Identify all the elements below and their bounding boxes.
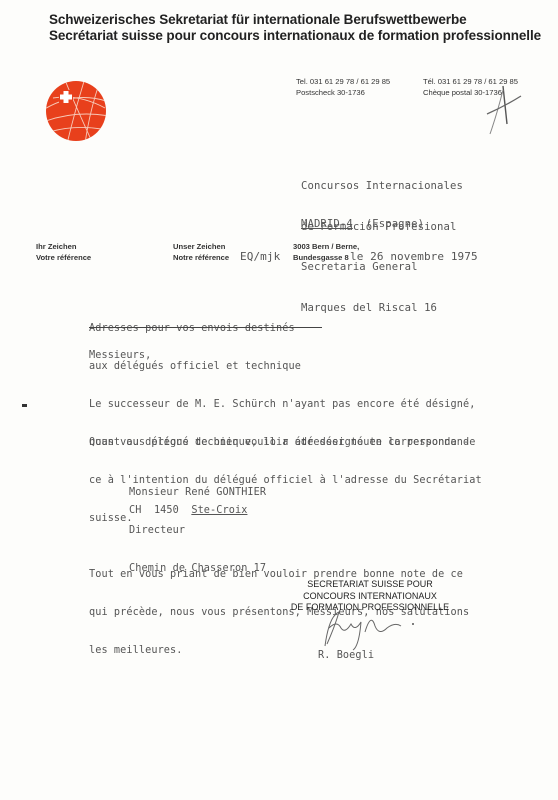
our-ref-label-fr: Notre référence <box>173 252 229 263</box>
delegate-country-code: CH <box>129 505 141 516</box>
recipient-line: Concursos Internacionales <box>301 180 463 194</box>
contact-de-postal: Postscheck 30-1736 <box>296 87 390 98</box>
paragraph-1-line: Le successeur de M. E. Schürch n'ayant p… <box>89 399 482 412</box>
signature-org-line: CONCOURS INTERNATIONAUX <box>270 591 470 603</box>
handwritten-signature-icon <box>315 606 435 656</box>
subject-line2: aux délégués officiel et technique <box>89 361 301 374</box>
delegate-title: Directeur <box>129 525 266 538</box>
signer-name: R. Boegli <box>318 650 374 663</box>
letterhead-title-de: Schweizerisches Sekretariat für internat… <box>49 12 467 28</box>
recipient-city-line: MADRID-4 (Espagne) <box>301 218 424 232</box>
your-reference: Ihr Zeichen Votre référence <box>36 241 91 263</box>
subject: Adresses pour vos envois destinés aux dé… <box>89 298 301 386</box>
delegate-postcode: 1450 <box>154 505 179 516</box>
delegate-city: Ste-Croix <box>191 505 247 516</box>
letterhead-title-fr: Secrétariat suisse pour concours interna… <box>49 28 541 44</box>
delegate-city-line: CH 1450 Ste-Croix <box>129 505 247 518</box>
recipient-city: MADRID-4 <box>301 218 353 230</box>
paragraph-2: Quant au délégué technique, il a été dés… <box>89 437 475 450</box>
your-ref-label-fr: Votre référence <box>36 252 91 263</box>
contact-de: Tel. 031 61 29 78 / 61 29 85 Postscheck … <box>296 76 390 98</box>
subject-line1: Adresses pour vos envois destinés <box>89 323 301 336</box>
our-ref-value: EQ/mjk <box>240 251 280 264</box>
your-ref-label-de: Ihr Zeichen <box>36 241 91 252</box>
recipient-line: Marques del Riscal 16 <box>301 302 463 316</box>
handwritten-mark-icon <box>485 84 525 144</box>
our-reference: Unser Zeichen Notre référence <box>173 241 229 263</box>
salutation: Messieurs, <box>89 350 151 363</box>
delegate-name: Monsieur René GONTHIER <box>129 487 266 500</box>
recipient-country: (Espagne) <box>366 218 424 230</box>
signature-org-line: SECRETARIAT SUISSE POUR <box>270 579 470 591</box>
punch-mark <box>22 404 27 407</box>
swiss-cross-globe-logo-icon <box>45 80 107 142</box>
our-ref-label-de: Unser Zeichen <box>173 241 229 252</box>
subject-underline <box>89 327 322 328</box>
letter-date: le 26 novembre 1975 <box>350 251 478 264</box>
contact-de-tel: Tel. 031 61 29 78 / 61 29 85 <box>296 76 390 87</box>
